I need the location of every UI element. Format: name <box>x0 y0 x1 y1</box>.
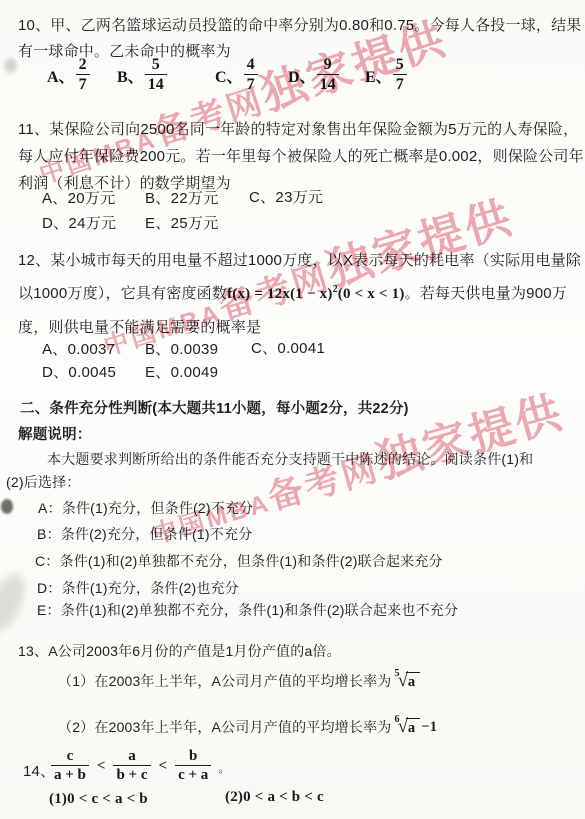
q13-cond2-tail: −1 <box>421 719 437 736</box>
sentence-period: 。 <box>218 759 230 776</box>
q10-line1: 10、甲、乙两名篮球运动员投篮的命中率分别为0.80和0.75。今每人各投一球，… <box>18 14 582 35</box>
q10-option-a: A、 27 <box>47 57 90 94</box>
fraction-denominator: 14 <box>145 74 167 94</box>
fraction-denominator: b + c <box>113 765 150 784</box>
scan-smudge <box>1 499 13 514</box>
less-than-sign: < <box>96 758 107 775</box>
q14-inequality: ca + b < ab + c < bc + a 。 <box>51 749 230 784</box>
choice-c: C：条件(1)和(2)单独都不充分，但条件(1)和条件(2)联合起来充分 <box>35 551 443 571</box>
sixth-root-expression: 6√a <box>394 718 420 736</box>
fraction-numerator: c <box>65 749 76 765</box>
root-index: 6 <box>394 714 399 725</box>
fraction-numerator: 2 <box>77 57 89 74</box>
q12-option-d: D、0.0045 <box>42 361 116 382</box>
radicand: a <box>406 672 420 690</box>
q13-condition-2: （2）在2003年上半年，A公司月产值的平均增长率为 6√a −1 <box>58 717 437 737</box>
fraction-numerator: b <box>187 749 199 765</box>
q11-option-c: C、23万元 <box>249 186 323 207</box>
q11-option-e: E、25万元 <box>145 212 219 233</box>
q11-option-b: B、22万元 <box>145 187 219 208</box>
q13-number: 13、 <box>18 643 48 659</box>
radicand: a <box>406 718 420 736</box>
watermark-segment: 独家提供 <box>321 191 520 297</box>
q13-cond2-text: （2）在2003年上半年，A公司月产值的平均增长率为 <box>58 717 391 737</box>
scan-smudge <box>4 58 17 73</box>
fraction: ab + c <box>113 749 150 784</box>
q14-condition-1: (1)0 < c < a < b <box>49 791 148 808</box>
choice-e: E：条件(1)和(2)单独都不充分，条件(1)和条件(2)联合起来也不充分 <box>37 600 458 620</box>
choice-d: D：条件(1)充分，条件(2)也充分 <box>37 578 239 598</box>
scan-smudge <box>0 569 32 638</box>
fraction-numerator: 5 <box>150 57 162 74</box>
root-index: 5 <box>394 668 399 679</box>
fraction-numerator: a <box>126 749 138 765</box>
exam-page: 10、甲、乙两名篮球运动员投篮的命中率分别为0.80和0.75。今每人各投一球，… <box>0 0 585 819</box>
q10-line1-text: 甲、乙两名篮球运动员投篮的命中率分别为0.80和0.75。今每人各投一球，结果 <box>50 17 581 34</box>
q12-line2-post: 。若每天供电量为900万 <box>405 285 567 302</box>
q13-cond1-text: （1）在2003年上半年，A公司月产值的平均增长率为 <box>58 671 391 691</box>
q12-option-c: C、0.0041 <box>251 337 325 358</box>
q11-number: 11、 <box>18 121 49 138</box>
fraction-denominator: c + a <box>175 765 211 784</box>
fraction: ca + b <box>51 749 89 784</box>
q10-number: 10、 <box>18 17 50 34</box>
less-than-sign: < <box>158 758 169 775</box>
q13-condition-1: （1）在2003年上半年，A公司月产值的平均增长率为 5√a <box>58 671 420 691</box>
q10-option-b: B、 514 <box>117 57 167 94</box>
fraction: 514 <box>145 57 167 94</box>
watermark-segment: 备考网 <box>149 81 270 155</box>
q13-stem-text: A公司2003年6月份的产值是1月份产值的a倍。 <box>48 643 341 659</box>
fraction-denominator: a + b <box>51 765 89 784</box>
fraction: bc + a <box>175 749 211 784</box>
q14-condition-2: (2)0 < a < b < c <box>225 789 324 806</box>
section2-para2: (2)后选择： <box>6 472 81 492</box>
section2-heading: 二、条件充分性判断(本大题共11小题，每小题2分，共22分) <box>20 397 409 418</box>
q12-option-e: E、0.0049 <box>145 361 218 382</box>
fraction: 27 <box>76 57 90 94</box>
option-label: A、 <box>47 64 75 87</box>
q13-stem: 13、A公司2003年6月份的产值是1月份产值的a倍。 <box>18 641 341 661</box>
q12-number: 12、 <box>18 252 50 269</box>
q11-option-d: D、24万元 <box>42 212 116 233</box>
fraction-denominator: 7 <box>76 74 90 94</box>
option-label: B、 <box>117 64 144 87</box>
fifth-root-expression: 5√a <box>394 672 420 690</box>
section2-subheading: 解题说明： <box>18 423 92 444</box>
